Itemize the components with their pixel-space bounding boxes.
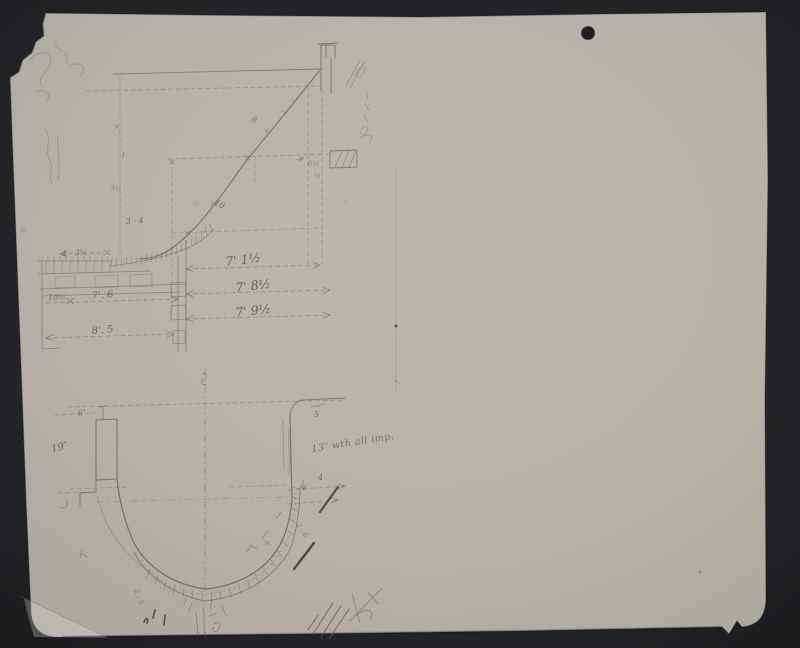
dimension-label: 10½ [48,293,66,302]
paper-sheet [10,12,768,638]
step-dimension-label: 4 [317,473,323,482]
beam-label: 6½ [308,160,319,168]
tick-label: 1 [121,152,125,160]
beam-label: ½ [314,172,321,180]
paper-outline [10,12,768,637]
top-dimension-label: 5 [314,410,319,419]
dimension-label: 7'. 6 [91,289,114,302]
photograph-of-pencil-sketch: 4 · 3½ 3 · 4 8 10 6½ ½ 7' 1½ 7' 8½ 7' 9½… [0,0,800,648]
tick-label: 3½ [110,184,122,194]
dimension-label: 3 · 4 [126,216,144,226]
tick-label: × [114,123,120,131]
dimension-label: 4 · 3½ [61,248,88,258]
hole-punch [582,27,595,40]
wall-dimension-label: 6″ [77,408,86,418]
scanned-sketch-canvas: 4 · 3½ 3 · 4 8 10 6½ ½ 7' 1½ 7' 8½ 7' 9½… [0,0,800,648]
dimension-label: 8'. 5 [91,324,114,337]
